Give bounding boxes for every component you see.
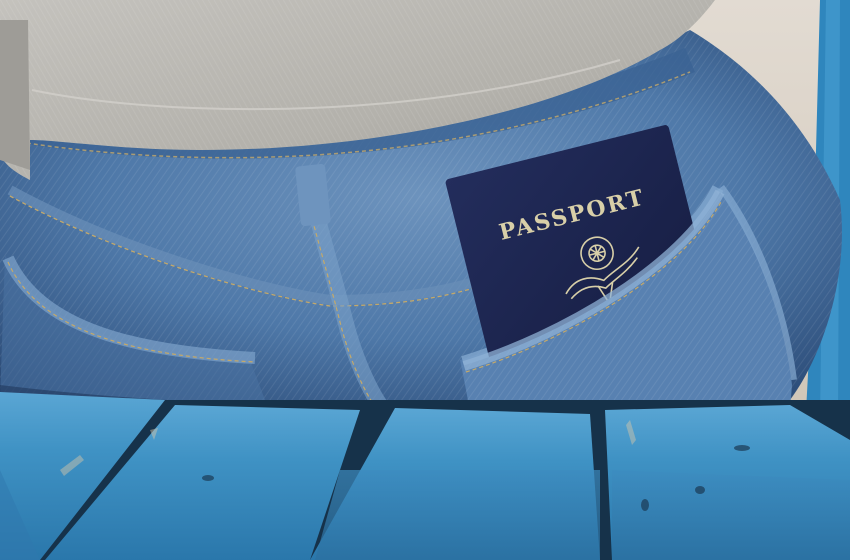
bench <box>0 392 850 560</box>
photo-scene: PASSPORT <box>0 0 850 560</box>
photo-illustration: PASSPORT <box>0 0 850 560</box>
